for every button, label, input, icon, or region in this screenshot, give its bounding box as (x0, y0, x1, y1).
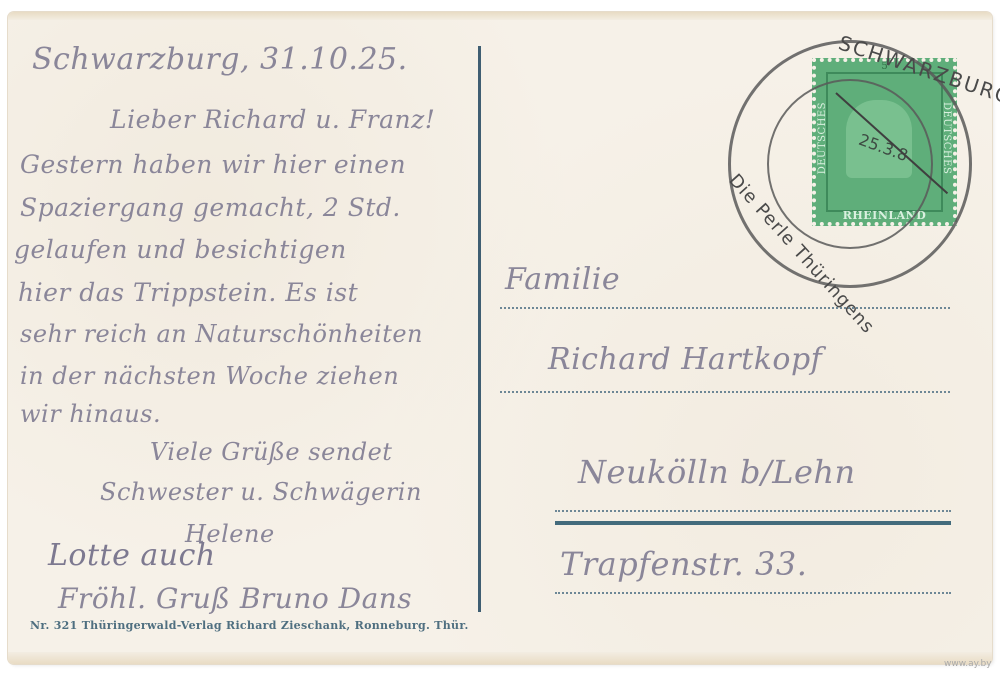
address-line: Neukölln b/Lehn (578, 453, 856, 491)
address-line: Richard Hartkopf (548, 342, 822, 377)
message-line: sehr reich an Naturschönheiten (20, 320, 423, 348)
address-line: Trapfenstr. 33. (560, 545, 807, 583)
message-line: Viele Grüße sendet (150, 438, 392, 466)
message-place-date: Schwarzburg, 31.10.25. (32, 42, 408, 77)
message-line: Schwester u. Schwägerin (100, 478, 422, 506)
address-line: Familie (505, 262, 620, 297)
center-divider (478, 46, 481, 612)
message-line: Lieber Richard u. Franz! (110, 105, 435, 134)
message-line: Gestern haben wir hier einen (20, 150, 406, 179)
address-dotted-line (555, 592, 951, 594)
address-dotted-line (500, 391, 950, 393)
message-line: Fröhl. Gruß Bruno Dans (58, 582, 412, 615)
address-dotted-line (500, 307, 950, 309)
watermark: www.ay.by (944, 659, 992, 669)
message-line: hier das Trippstein. Es ist (18, 278, 358, 307)
address-dotted-line (555, 510, 951, 512)
message-line: Lotte auch (48, 538, 216, 573)
card-bottom-edge (8, 652, 992, 664)
address-solid-rule (555, 521, 951, 525)
message-line: Spaziergang gemacht, 2 Std. (20, 193, 401, 222)
card-top-edge (8, 12, 992, 20)
message-line: in der nächsten Woche ziehen (20, 362, 399, 390)
message-line: gelaufen und besichtigen (14, 235, 347, 264)
message-line: wir hinaus. (20, 400, 161, 428)
publisher-imprint: Nr. 321 Thüringerwald-Verlag Richard Zie… (30, 619, 469, 632)
